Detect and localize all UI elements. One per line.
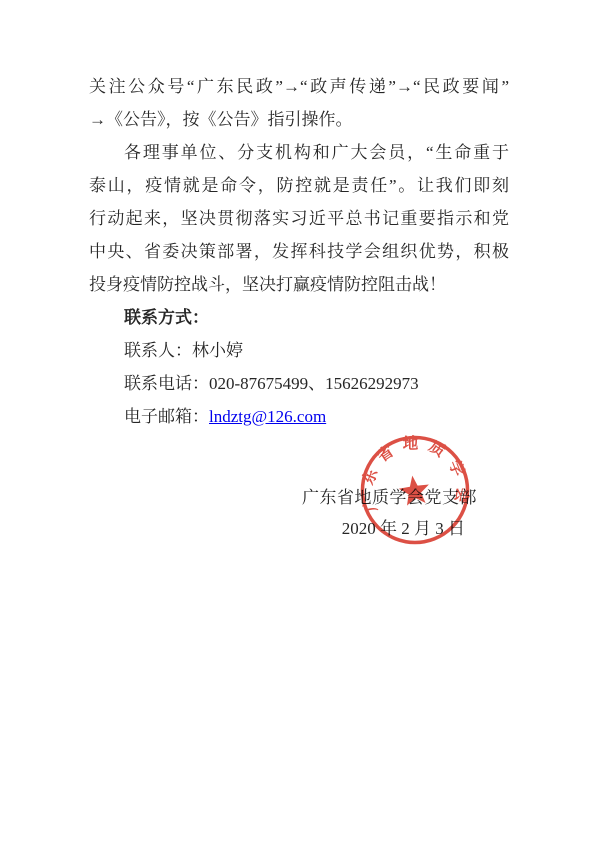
paragraph1-line2: →《公告》，按《公告》指引操作。: [89, 103, 509, 136]
signature-date: 2020 年 2 月 3 日: [342, 519, 465, 539]
contact-phone: 联系电话：020-87675499、15626292973: [89, 367, 509, 400]
contact-email-row: 电子邮箱：lndztg@126.com: [89, 400, 509, 433]
paragraph2-line5: 投身疫情防控战斗，坚决打赢疫情防控阻击战！: [89, 268, 509, 301]
document-page: 关注公众号“广东民政”→“政声传递”→“民政要闻” →《公告》，按《公告》指引操…: [0, 0, 600, 848]
letter-body: 关注公众号“广东民政”→“政声传递”→“民政要闻” →《公告》，按《公告》指引操…: [89, 70, 509, 433]
paragraph2-line3: 行动起来，坚决贯彻落实习近平总书记重要指示和党: [89, 202, 509, 235]
paragraph2-line1: 各理事单位、分支机构和广大会员，“生命重于: [89, 136, 509, 169]
paragraph2-line4: 中央、省委决策部署，发挥科技学会组织优势，积极: [89, 235, 509, 268]
email-link[interactable]: lndztg@126.com: [209, 407, 326, 426]
paragraph1-line1: 关注公众号“广东民政”→“政声传递”→“民政要闻”: [89, 70, 509, 103]
contact-person: 联系人：林小婷: [89, 334, 509, 367]
paragraph2-line2: 泰山，疫情就是命令，防控就是责任”。让我们即刻: [89, 169, 509, 202]
contact-email-label: 电子邮箱：: [124, 407, 209, 426]
contact-heading: 联系方式：: [89, 301, 509, 334]
signature-org: 广东省地质学会党支部: [302, 488, 477, 508]
